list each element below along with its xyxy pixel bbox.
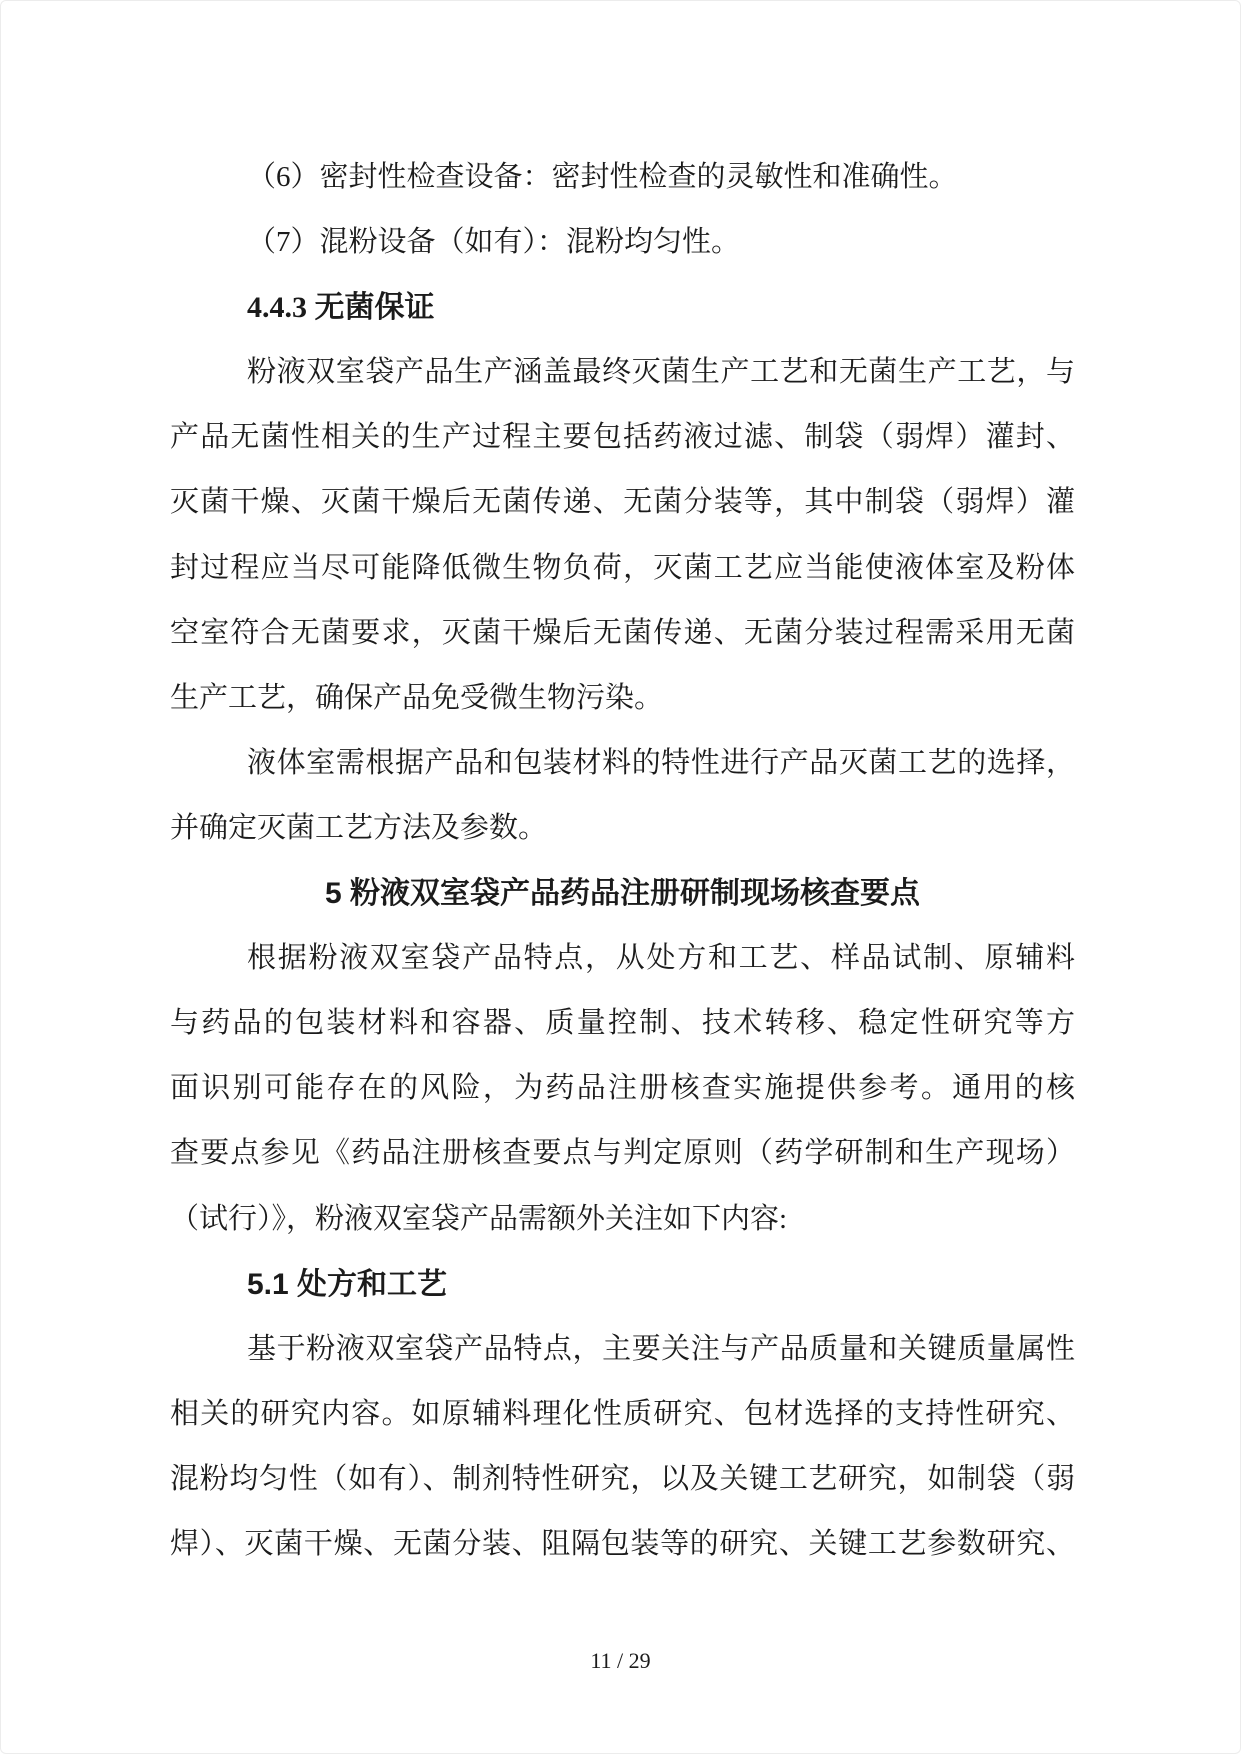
text-line: 焊）、灭菌干燥、无菌分装、阻隔包装等的研究、关键工艺参数研究、 (170, 1512, 1075, 1577)
text-line: 混粉均匀性（如有）、制剂特性研究，以及关键工艺研究，如制袋（弱 (170, 1447, 1075, 1512)
text-line: 灭菌干燥、灭菌干燥后无菌传递、无菌分装等，其中制袋（弱焊）灌 (170, 470, 1075, 535)
document-content: （6）密封性检查设备：密封性检查的灵敏性和准确性。（7）混粉设备（如有）：混粉均… (170, 145, 1075, 1577)
text-line: 生产工艺，确保产品免受微生物污染。 (170, 666, 1075, 731)
text-line: 产品无菌性相关的生产过程主要包括药液过滤、制袋（弱焊）灌封、 (170, 405, 1075, 470)
heading-4-4-3: 4.4.3 无菌保证 (170, 275, 1075, 340)
text-line: 基于粉液双室袋产品特点，主要关注与产品质量和关键质量属性 (170, 1317, 1075, 1382)
text-line: 并确定灭菌工艺方法及参数。 (170, 796, 1075, 861)
text-line: 粉液双室袋产品生产涵盖最终灭菌生产工艺和无菌生产工艺，与 (170, 340, 1075, 405)
text-line: （7）混粉设备（如有）：混粉均匀性。 (170, 210, 1075, 275)
document-page: （6）密封性检查设备：密封性检查的灵敏性和准确性。（7）混粉设备（如有）：混粉均… (0, 0, 1241, 1754)
heading-5: 5 粉液双室袋产品药品注册研制现场核查要点 (170, 861, 1075, 926)
text-line: 面识别可能存在的风险，为药品注册核查实施提供参考。通用的核 (170, 1056, 1075, 1121)
text-line: 相关的研究内容。如原辅料理化性质研究、包材选择的支持性研究、 (170, 1382, 1075, 1447)
page-number: 11 / 29 (590, 1648, 650, 1673)
heading-5-1: 5.1 处方和工艺 (170, 1252, 1075, 1317)
text-line: 封过程应当尽可能降低微生物负荷，灭菌工艺应当能使液体室及粉体 (170, 536, 1075, 601)
text-line: 液体室需根据产品和包装材料的特性进行产品灭菌工艺的选择， (170, 731, 1075, 796)
text-line: 根据粉液双室袋产品特点，从处方和工艺、样品试制、原辅料 (170, 926, 1075, 991)
text-line: 空室符合无菌要求，灭菌干燥后无菌传递、无菌分装过程需采用无菌 (170, 601, 1075, 666)
text-line: （试行）》，粉液双室袋产品需额外关注如下内容: (170, 1187, 1075, 1252)
page-footer: 11 / 29 (0, 1645, 1241, 1677)
text-line: （6）密封性检查设备：密封性检查的灵敏性和准确性。 (170, 145, 1075, 210)
text-line: 与药品的包装材料和容器、质量控制、技术转移、稳定性研究等方 (170, 991, 1075, 1056)
text-line: 查要点参见《药品注册核查要点与判定原则（药学研制和生产现场） (170, 1121, 1075, 1186)
